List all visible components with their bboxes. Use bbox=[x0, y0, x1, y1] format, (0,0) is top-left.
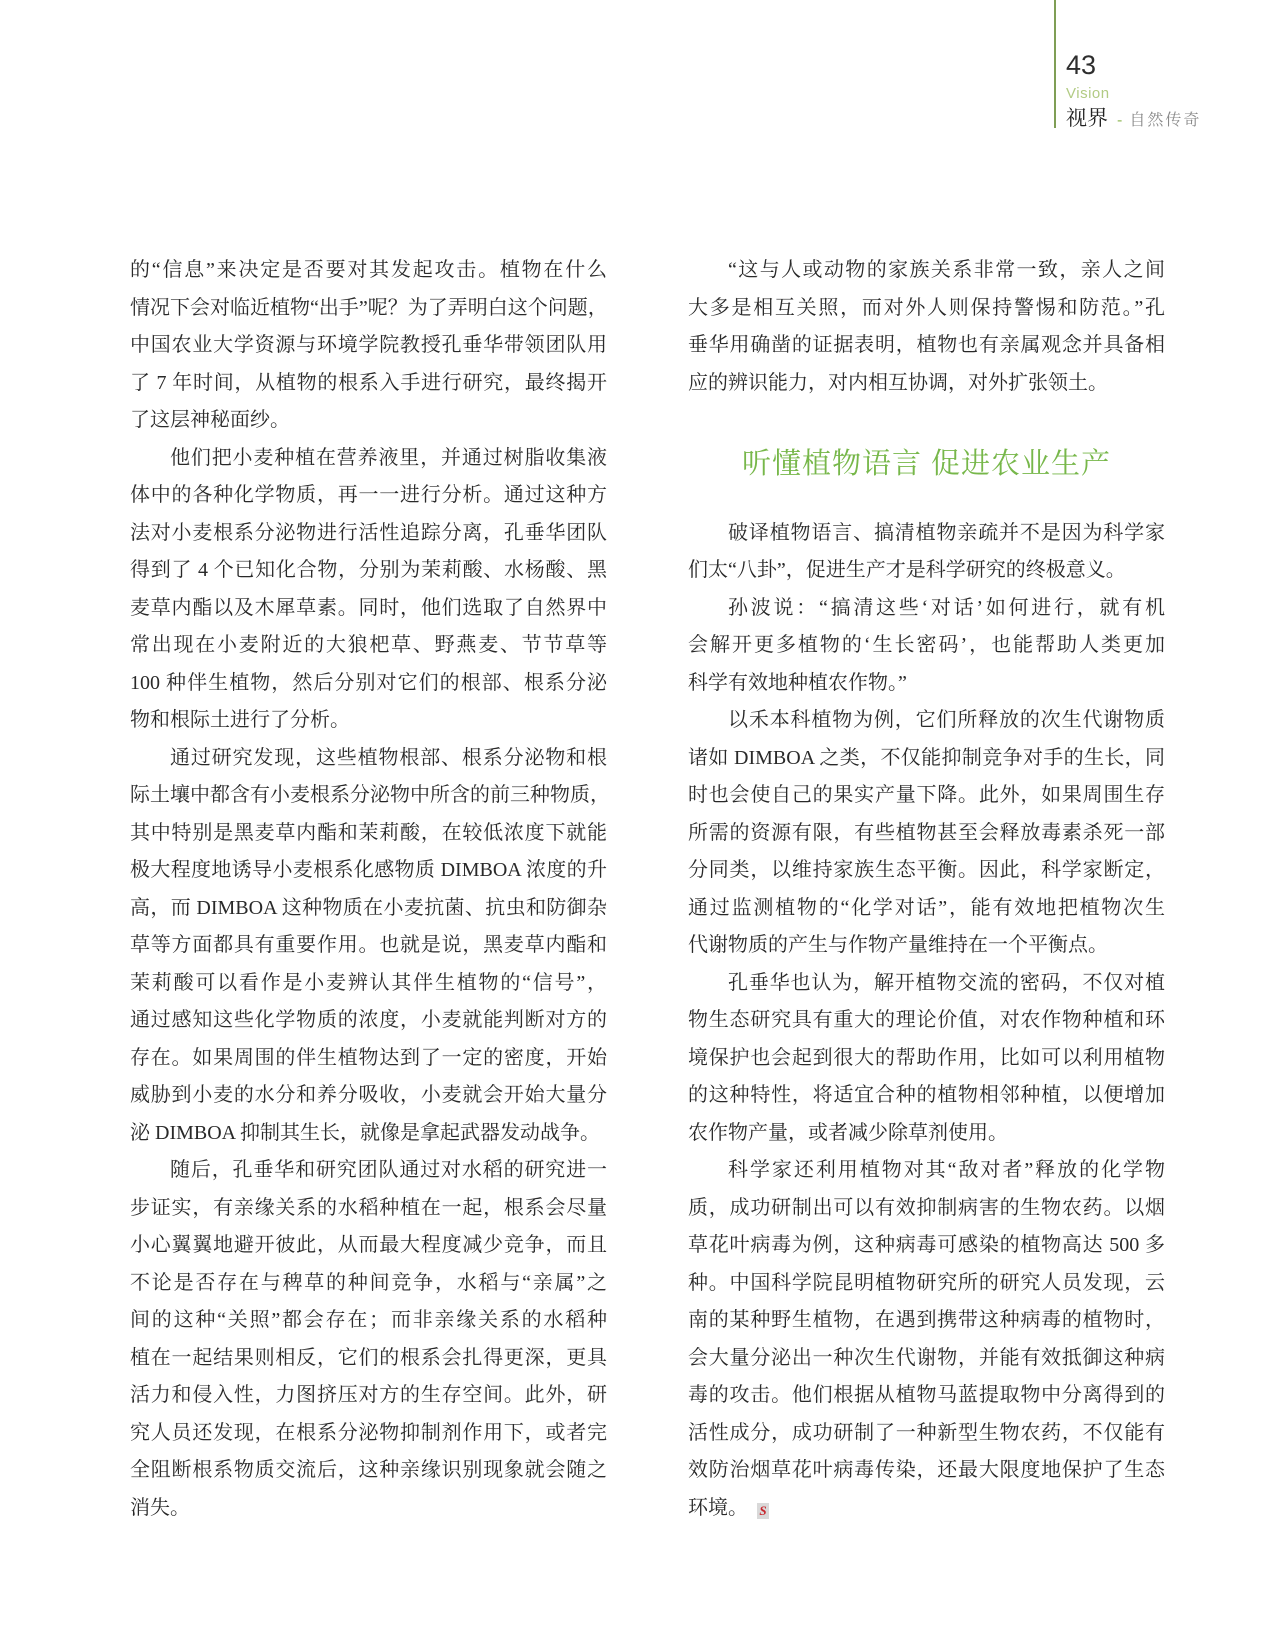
text-line: 应的辨识能力，对内相互协调，对外扩张领土。 bbox=[688, 365, 1165, 403]
text-line: 物和根际土进行了分析。 bbox=[130, 702, 607, 740]
text-line: 破译植物语言、搞清植物亲疏并不是因为科学家 bbox=[688, 515, 1165, 553]
paragraph: 破译植物语言、搞清植物亲疏并不是因为科学家们太“八卦”，促进生产才是科学研究的终… bbox=[688, 515, 1165, 590]
text-line: 大多是相互关照，而对外人则保持警惕和防范。”孔 bbox=[688, 290, 1165, 328]
text-line: “这与人或动物的家族关系非常一致，亲人之间 bbox=[688, 252, 1165, 290]
text-line: 科学有效地种植农作物。” bbox=[688, 665, 1165, 703]
text-line: 代谢物质的产生与作物产量维持在一个平衡点。 bbox=[688, 927, 1165, 965]
text-line: 得到了 4 个已知化合物，分别为茉莉酸、水杨酸、黑 bbox=[130, 552, 607, 590]
page-number: 43 bbox=[1066, 52, 1201, 79]
text-line: 步证实，有亲缘关系的水稻种植在一起，根系会尽量 bbox=[130, 1190, 607, 1228]
magazine-page: 43 Vision 视界 - 自然传奇 的“信息”来决定是否要对其发起攻击。植物… bbox=[0, 0, 1270, 1642]
text-line: 麦草内酯以及木犀草素。同时，他们选取了自然界中 bbox=[130, 590, 607, 628]
text-line: 极大程度地诱导小麦根系化感物质 DIMBOA 浓度的升 bbox=[130, 852, 607, 890]
paragraph: 通过研究发现，这些植物根部、根系分泌物和根际土壤中都含有小麦根系分泌物中所含的前… bbox=[130, 740, 607, 1153]
text-line: 常出现在小麦附近的大狼杷草、野燕麦、节节草等 bbox=[130, 627, 607, 665]
text-line: 以禾本科植物为例，它们所释放的次生代谢物质 bbox=[688, 702, 1165, 740]
text-line: 全阻断根系物质交流后，这种亲缘识别现象就会随之 bbox=[130, 1452, 607, 1490]
text-line: 环境。S bbox=[688, 1490, 1165, 1528]
section-title-cn: 视界 bbox=[1066, 108, 1108, 130]
section-label-en: Vision bbox=[1066, 86, 1201, 101]
text-line: 垂华用确凿的证据表明，植物也有亲属观念并具备相 bbox=[688, 327, 1165, 365]
text-line: 茉莉酸可以看作是小麦辨认其伴生植物的“信号”， bbox=[130, 965, 607, 1003]
paragraph: 以禾本科植物为例，它们所释放的次生代谢物质诸如 DIMBOA 之类，不仅能抑制竞… bbox=[688, 702, 1165, 965]
text-line: 体中的各种化学物质，再一一进行分析。通过这种方 bbox=[130, 477, 607, 515]
paragraph: 他们把小麦种植在营养液里，并通过树脂收集液体中的各种化学物质，再一一进行分析。通… bbox=[130, 440, 607, 740]
text-line: 了 7 年时间，从植物的根系入手进行研究，最终揭开 bbox=[130, 365, 607, 403]
text-line: 境保护也会起到很大的帮助作用，比如可以利用植物 bbox=[688, 1040, 1165, 1078]
text-line: 通过感知这些化学物质的浓度，小麦就能判断对方的 bbox=[130, 1002, 607, 1040]
text-line: 物生态研究具有重大的理论价值，对农作物种植和环 bbox=[688, 1002, 1165, 1040]
left-text-column: 的“信息”来决定是否要对其发起攻击。植物在什么情况下会对临近植物“出手”呢？为了… bbox=[130, 252, 607, 1527]
text-line: 随后，孔垂华和研究团队通过对水稻的研究进一 bbox=[130, 1152, 607, 1190]
text-line: 活性成分，成功研制了一种新型生物农药，不仅能有 bbox=[688, 1415, 1165, 1453]
text-line: 们太“八卦”，促进生产才是科学研究的终极意义。 bbox=[688, 552, 1165, 590]
page-header: 43 Vision 视界 - 自然传奇 bbox=[1066, 52, 1201, 130]
text-line: 际土壤中都含有小麦根系分泌物中所含的前三种物质， bbox=[130, 777, 607, 815]
text-line: 通过监测植物的“化学对话”，能有效地把植物次生 bbox=[688, 890, 1165, 928]
text-line: 农作物产量，或者减少除草剂使用。 bbox=[688, 1115, 1165, 1153]
text-line: 效防治烟草花叶病毒传染，还最大限度地保护了生态 bbox=[688, 1452, 1165, 1490]
text-line: 间的这种“关照”都会存在；而非亲缘关系的水稻种 bbox=[130, 1302, 607, 1340]
text-line: 他们把小麦种植在营养液里，并通过树脂收集液 bbox=[130, 440, 607, 478]
paragraph: 科学家还利用植物对其“敌对者”释放的化学物质，成功研制出可以有效抑制病害的生物农… bbox=[688, 1152, 1165, 1527]
text-line: 威胁到小麦的水分和养分吸收，小麦就会开始大量分 bbox=[130, 1077, 607, 1115]
paragraph: 的“信息”来决定是否要对其发起攻击。植物在什么情况下会对临近植物“出手”呢？为了… bbox=[130, 252, 607, 440]
text-line: 小心翼翼地避开彼此，从而最大程度减少竞争，而且 bbox=[130, 1227, 607, 1265]
text-line: 孙波说：“搞清这些‘对话’如何进行，就有机 bbox=[688, 590, 1165, 628]
article-end-mark-icon: S bbox=[757, 1503, 769, 1519]
text-line: 究人员还发现，在根系分泌物抑制剂作用下，或者完 bbox=[130, 1415, 607, 1453]
text-line: 会解开更多植物的‘生长密码’，也能帮助人类更加 bbox=[688, 627, 1165, 665]
text-line: 质，成功研制出可以有效抑制病害的生物农药。以烟 bbox=[688, 1190, 1165, 1228]
text-line: 会大量分泌出一种次生代谢物，并能有效抵御这种病 bbox=[688, 1340, 1165, 1378]
text-line: 的“信息”来决定是否要对其发起攻击。植物在什么 bbox=[130, 252, 607, 290]
paragraph: “这与人或动物的家族关系非常一致，亲人之间大多是相互关照，而对外人则保持警惕和防… bbox=[688, 252, 1165, 402]
text-line: 孔垂华也认为，解开植物交流的密码，不仅对植 bbox=[688, 965, 1165, 1003]
right-column-top-paragraphs: “这与人或动物的家族关系非常一致，亲人之间大多是相互关照，而对外人则保持警惕和防… bbox=[688, 252, 1165, 402]
section-subtitle: 自然传奇 bbox=[1129, 107, 1201, 130]
text-line: 高，而 DIMBOA 这种物质在小麦抗菌、抗虫和防御杂 bbox=[130, 890, 607, 928]
text-line: 种。中国科学院昆明植物研究所的研究人员发现，云 bbox=[688, 1265, 1165, 1303]
text-line: 科学家还利用植物对其“敌对者”释放的化学物 bbox=[688, 1152, 1165, 1190]
text-line: 诸如 DIMBOA 之类，不仅能抑制竞争对手的生长，同 bbox=[688, 740, 1165, 778]
text-line: 了这层神秘面纱。 bbox=[130, 402, 607, 440]
text-line: 的这种特性，将适宜合种的植物相邻种植，以便增加 bbox=[688, 1077, 1165, 1115]
text-line: 植在一起结果则相反，它们的根系会扎得更深，更具 bbox=[130, 1340, 607, 1378]
text-line: 泌 DIMBOA 抑制其生长，就像是拿起武器发动战争。 bbox=[130, 1115, 607, 1153]
right-column-bottom-paragraphs: 破译植物语言、搞清植物亲疏并不是因为科学家们太“八卦”，促进生产才是科学研究的终… bbox=[688, 515, 1165, 1528]
text-line: 其中特别是黑麦草内酯和茉莉酸，在较低浓度下就能 bbox=[130, 815, 607, 853]
text-line: 时也会使自己的果实产量下降。此外，如果周围生存 bbox=[688, 777, 1165, 815]
text-line: 通过研究发现，这些植物根部、根系分泌物和根 bbox=[130, 740, 607, 778]
section-title-dash: - bbox=[1117, 112, 1122, 130]
text-line: 活力和侵入性，力图挤压对方的生存空间。此外，研 bbox=[130, 1377, 607, 1415]
text-line: 草等方面都具有重要作用。也就是说，黑麦草内酯和 bbox=[130, 927, 607, 965]
section-title-row: 视界 - 自然传奇 bbox=[1066, 107, 1201, 130]
text-line: 法对小麦根系分泌物进行活性追踪分离，孔垂华团队 bbox=[130, 515, 607, 553]
text-line: 所需的资源有限，有些植物甚至会释放毒素杀死一部 bbox=[688, 815, 1165, 853]
text-line: 草花叶病毒为例，这种病毒可感染的植物高达 500 多 bbox=[688, 1227, 1165, 1265]
right-text-column: “这与人或动物的家族关系非常一致，亲人之间大多是相互关照，而对外人则保持警惕和防… bbox=[688, 252, 1165, 1527]
text-line: 不论是否存在与稗草的种间竞争，水稻与“亲属”之 bbox=[130, 1265, 607, 1303]
text-line: 中国农业大学资源与环境学院教授孔垂华带领团队用 bbox=[130, 327, 607, 365]
text-line: 分同类，以维持家族生态平衡。因此，科学家断定， bbox=[688, 852, 1165, 890]
text-line: 情况下会对临近植物“出手”呢？为了弄明白这个问题， bbox=[130, 290, 607, 328]
text-line: 毒的攻击。他们根据从植物马蓝提取物中分离得到的 bbox=[688, 1377, 1165, 1415]
text-line: 100 种伴生植物，然后分别对它们的根部、根系分泌 bbox=[130, 665, 607, 703]
paragraph: 孙波说：“搞清这些‘对话’如何进行，就有机会解开更多植物的‘生长密码’，也能帮助… bbox=[688, 590, 1165, 703]
text-line: 存在。如果周围的伴生植物达到了一定的密度，开始 bbox=[130, 1040, 607, 1078]
text-line: 南的某种野生植物，在遇到携带这种病毒的植物时， bbox=[688, 1302, 1165, 1340]
paragraph: 孔垂华也认为，解开植物交流的密码，不仅对植物生态研究具有重大的理论价值，对农作物… bbox=[688, 965, 1165, 1153]
header-divider-line bbox=[1054, 0, 1056, 128]
article-subheading: 听懂植物语言 促进农业生产 bbox=[688, 402, 1165, 515]
paragraph: 随后，孔垂华和研究团队通过对水稻的研究进一步证实，有亲缘关系的水稻种植在一起，根… bbox=[130, 1152, 607, 1527]
text-line: 消失。 bbox=[130, 1490, 607, 1528]
